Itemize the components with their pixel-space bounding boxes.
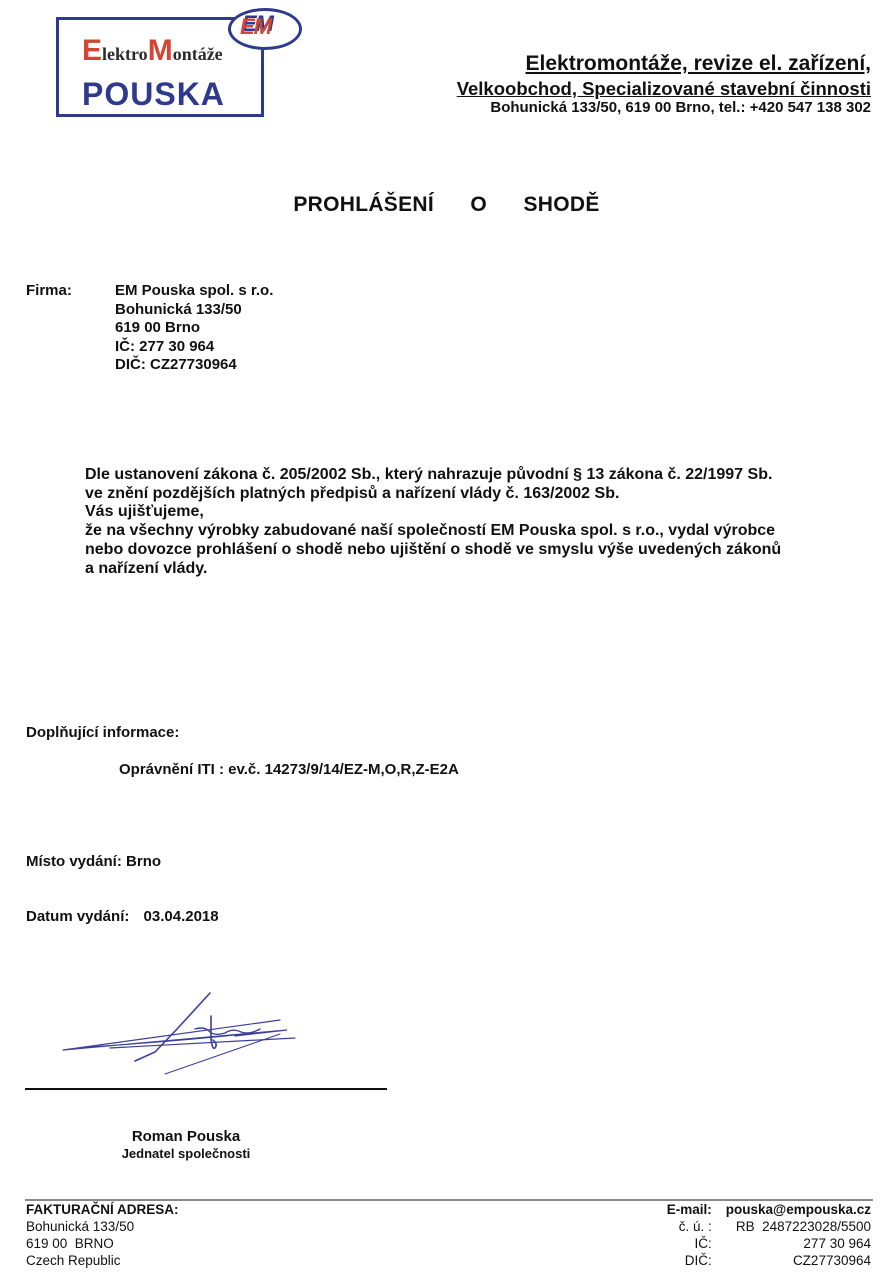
em-badge-text: EM	[240, 14, 271, 40]
declaration-text: Dle ustanovení zákona č. 205/2002 Sb., k…	[85, 466, 781, 578]
header-line-2: Velkoobchod, Specializované stavební čin…	[457, 78, 871, 100]
place-of-issue: Místo vydání: Brno	[26, 853, 161, 872]
declaration-line: že na všechny výrobky zabudované naší sp…	[85, 522, 781, 541]
firm-name: EM Pouska spol. s r.o.	[115, 282, 273, 301]
billing-address: FAKTURAČNÍ ADRESA: Bohunická 133/50 619 …	[26, 1201, 179, 1269]
contact-details: E-mail: pouska@empouska.cz č. ú. : RB 24…	[667, 1201, 871, 1269]
date-label: Datum vydání:	[26, 908, 129, 925]
firm-dic: DIČ: CZ27730964	[115, 356, 273, 375]
firm-street: Bohunická 133/50	[115, 301, 273, 320]
declaration-line: Vás ujišťujeme,	[85, 503, 781, 522]
logo-pouska-text: POUSKA	[82, 76, 225, 113]
email-link[interactable]: pouska@empouska.cz	[726, 1201, 871, 1218]
contact-row-email: E-mail: pouska@empouska.cz	[667, 1201, 871, 1218]
logo-letter-e: E	[82, 34, 102, 67]
billing-line: Bohunická 133/50	[26, 1218, 179, 1235]
document-title: PROHLÁŠENÍ O SHODĚ	[0, 193, 893, 217]
dic-value: CZ27730964	[726, 1252, 871, 1269]
dic-label: DIČ:	[667, 1252, 726, 1269]
email-label: E-mail:	[667, 1201, 726, 1218]
ic-label: IČ:	[667, 1235, 726, 1252]
additional-info-value: Oprávnění ITI : ev.č. 14273/9/14/EZ-M,O,…	[119, 761, 459, 780]
signer-role: Jednatel společnosti	[25, 1146, 347, 1161]
firm-label: Firma:	[26, 282, 72, 301]
handwritten-signature	[55, 988, 325, 1083]
firm-details: EM Pouska spol. s r.o. Bohunická 133/50 …	[115, 282, 273, 375]
declaration-line: a nařízení vlády.	[85, 560, 781, 579]
place-label: Místo vydání:	[26, 853, 122, 870]
billing-line: Czech Republic	[26, 1252, 179, 1269]
header-line-1: Elektromontáže, revize el. zařízení,	[526, 52, 871, 76]
additional-info-label: Doplňující informace:	[26, 724, 179, 743]
billing-line: 619 00 BRNO	[26, 1235, 179, 1252]
date-value: 03.04.2018	[144, 908, 219, 925]
header-address: Bohunická 133/50, 619 00 Brno, tel.: +42…	[490, 99, 871, 116]
contact-row-ic: IČ: 277 30 964	[667, 1235, 871, 1252]
logo-elektromontaze-text: ElektroMontáže	[82, 34, 223, 68]
date-of-issue: Datum vydání: 03.04.2018	[26, 908, 219, 927]
place-value: Brno	[126, 853, 161, 870]
firm-city: 619 00 Brno	[115, 319, 273, 338]
ic-value: 277 30 964	[726, 1235, 871, 1252]
firm-ic: IČ: 277 30 964	[115, 338, 273, 357]
declaration-line: ve znění pozdějších platných předpisů a …	[85, 485, 781, 504]
contact-row-dic: DIČ: CZ27730964	[667, 1252, 871, 1269]
signer-name: Roman Pouska	[25, 1128, 347, 1145]
logo-text-part2: ontáže	[173, 44, 223, 64]
declaration-line: Dle ustanovení zákona č. 205/2002 Sb., k…	[85, 466, 781, 485]
account-label: č. ú. :	[667, 1218, 726, 1235]
logo-text-part1: lektro	[102, 44, 148, 64]
declaration-line: nebo dovozce prohlášení o shodě nebo uji…	[85, 541, 781, 560]
billing-heading: FAKTURAČNÍ ADRESA:	[26, 1201, 179, 1218]
contact-row-account: č. ú. : RB 2487223028/5500	[667, 1218, 871, 1235]
logo-letter-m: M	[148, 34, 173, 67]
account-value: RB 2487223028/5500	[726, 1218, 871, 1235]
signature-line	[25, 1088, 387, 1090]
